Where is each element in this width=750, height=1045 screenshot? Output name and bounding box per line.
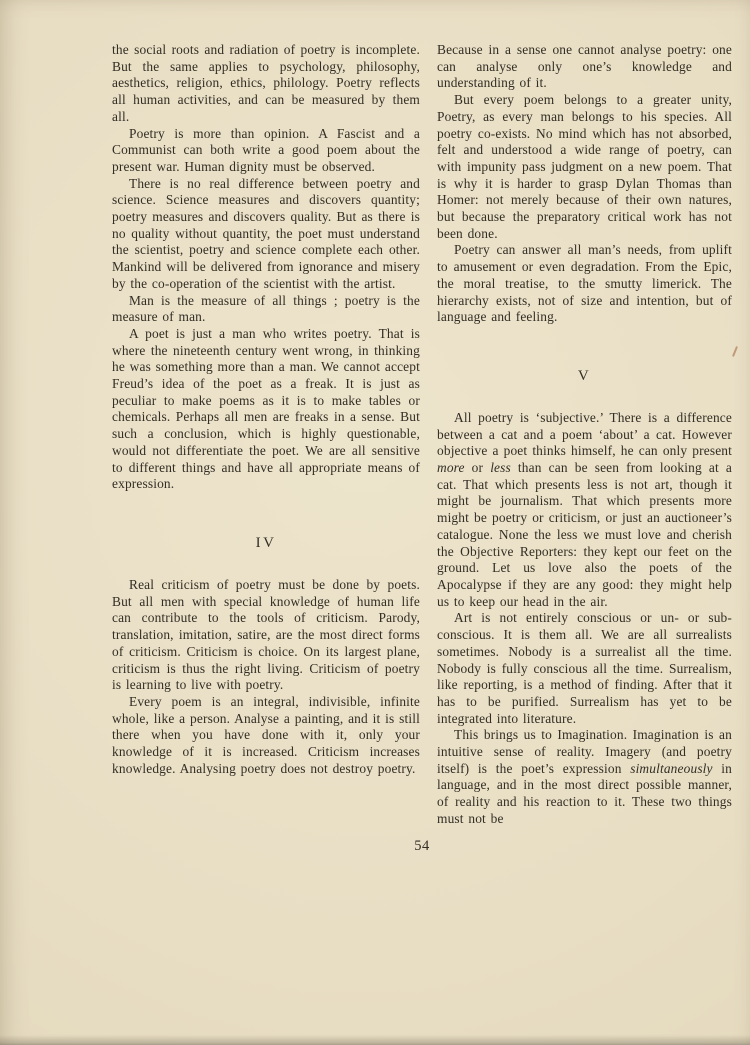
paragraph: Art is not entirely conscious or un- or … [437,610,732,727]
section-heading: V [437,368,732,385]
paragraph: But every poem belongs to a greater unit… [437,92,732,242]
right-column: Because in a sense one cannot analyse po… [437,42,732,828]
paragraph: A poet is just a man who writes poetry. … [112,326,420,493]
paragraph: Man is the measure of all things ; poetr… [112,293,420,326]
paragraph: Because in a sense one cannot analyse po… [437,42,732,92]
left-column: the social roots and radiation of poetry… [112,42,420,777]
page-number: 54 [112,838,732,855]
paragraph: Poetry can answer all man’s needs, from … [437,242,732,326]
paragraph: Poetry is more than opinion. A Fascist a… [112,126,420,176]
paragraph: Every poem is an integral, indivisible, … [112,694,420,778]
paragraph: This brings us to Imagination. Imaginati… [437,727,732,827]
paragraph: the social roots and radiation of poetry… [112,42,420,126]
section-heading: IV [112,535,420,552]
book-page: the social roots and radiation of poetry… [0,0,750,1045]
paragraph: Real criticism of poetry must be done by… [112,577,420,694]
paragraph: All poetry is ‘subjective.’ There is a d… [437,410,732,610]
page-content: the social roots and radiation of poetry… [0,0,750,855]
text-columns: the social roots and radiation of poetry… [112,42,732,828]
paragraph: There is no real difference between poet… [112,176,420,293]
